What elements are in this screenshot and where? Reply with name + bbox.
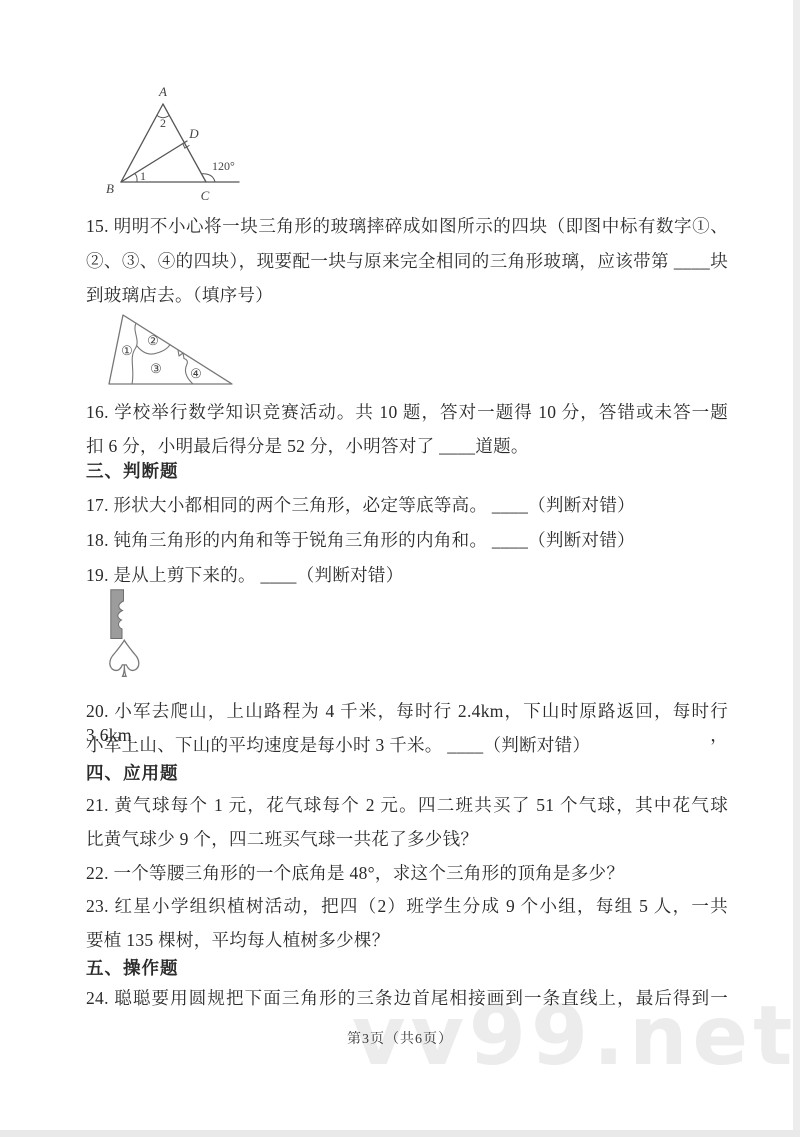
question-16-line-1: 16. 学校举行数学知识竞赛活动。共 10 题，答对一题得 10 分，答错或未答…: [86, 400, 728, 424]
question-23-line-1: 23. 红星小学组织植树活动，把四（2）班学生分成 9 个小组，每组 5 人，一…: [86, 894, 728, 918]
question-21-line-1: 21. 黄气球每个 1 元，花气球每个 2 元。四二班共买了 51 个气球，其中…: [86, 793, 728, 817]
vertex-label-d: D: [188, 126, 199, 141]
question-23-line-2: 要植 135 棵树，平均每人植树多少棵？: [86, 928, 728, 952]
section-heading-operate: 五、操作题: [86, 956, 728, 980]
glass-piece-2-label: ②: [147, 333, 159, 348]
exam-page: vv99.net A B C D 2 1 120° 15. 明明不小心将一块三角…: [0, 0, 800, 1137]
section-heading-apply: 四、应用题: [86, 761, 728, 785]
segment-bd: [121, 141, 187, 182]
scan-edge-bottom: [0, 1130, 800, 1137]
glass-piece-3-label: ③: [150, 361, 162, 376]
question-22: 22. 一个等腰三角形的一个底角是 48°，求这个三角形的顶角是多少？: [86, 861, 728, 885]
broken-glass-figure: ① ② ③ ④: [100, 302, 240, 397]
angle-2-label: 2: [160, 116, 166, 130]
page-number: 第3页（共6页）: [0, 1028, 800, 1048]
glass-piece-4-label: ④: [190, 366, 202, 381]
question-16-line-2: 扣 6 分，小明最后得分是 52 分，小明答对了 ____道题。: [86, 434, 728, 458]
question-15-line-2: ②、③、④的四块），现要配一块与原来完全相同的三角形玻璃，应该带第 ____块: [86, 249, 728, 273]
glass-piece-1-label: ①: [121, 343, 133, 358]
vertex-label-c: C: [201, 188, 210, 203]
triangle-figure: A B C D 2 1 120°: [95, 80, 265, 206]
question-21-line-2: 比黄气球少 9 个，四二班买气球一共花了多少钱？: [86, 827, 728, 851]
question-18: 18. 钝角三角形的内角和等于锐角三角形的内角和。 ____（判断对错）: [86, 528, 728, 552]
angle-1-label: 1: [140, 169, 146, 183]
question-17: 17. 形状大小都相同的两个三角形，必定等底等高。 ____（判断对错）: [86, 493, 728, 517]
question-20-line-2: 小军上山、下山的平均速度是每小时 3 千米。 ____（判断对错）: [86, 733, 728, 757]
question-15-line-1: 15. 明明不小心将一块三角形的玻璃摔碎成如图所示的四块（即图中标有数字①、: [86, 214, 728, 238]
angle-1-arc: [135, 174, 137, 183]
angle-120-label: 120°: [212, 159, 235, 173]
question-19: 19. 是从上剪下来的。 ____（判断对错）: [86, 563, 728, 587]
section-heading-judge: 三、判断题: [86, 459, 728, 483]
scan-edge-right: [793, 0, 800, 1137]
vertex-label-b: B: [106, 181, 114, 196]
spade-shape: ♤: [101, 634, 148, 686]
question-24: 24. 聪聪要用圆规把下面三角形的三条边首尾相接画到一条直线上，最后得到一: [86, 986, 728, 1010]
vertex-label-a: A: [158, 84, 167, 99]
